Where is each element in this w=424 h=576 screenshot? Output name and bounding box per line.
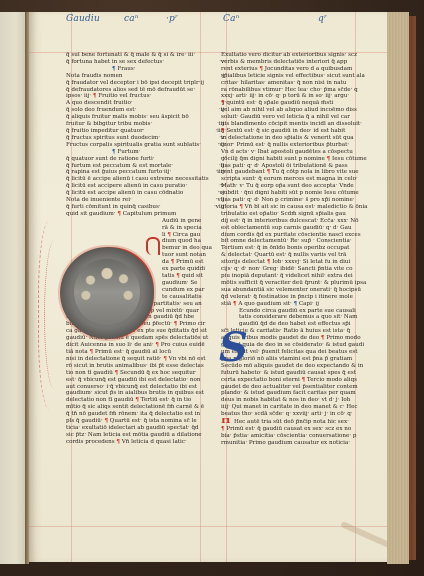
body-line: nisi in delectatione q̄ sequit̄ ratiō· …: [66, 356, 226, 363]
line-text: rent gaudebant ¶ Tu q̄ cōtp nola in lib…: [221, 169, 359, 176]
line-text: Ecundo circa gaudiū ex parte sue causal…: [239, 308, 356, 315]
body-line: sitorijs delectat̄ ¶ Iob· xxxvj· Si leta…: [221, 259, 381, 266]
index-line: q̄ suī bene fortunati & q̄ male & q̄ si…: [66, 52, 226, 59]
pilcrow-mark: ¶: [294, 301, 298, 307]
line-text: gloria ¶ Vn̄ bī ait sic in causa est· m…: [221, 204, 367, 211]
line-text: & delectat· Quartū est· q̄ nullis varii…: [221, 252, 346, 259]
pilcrow-mark: ¶: [221, 426, 225, 432]
line-text: est oblectamentū sup carnis gaudiū· q·…: [221, 225, 352, 232]
body-line: subdit · q̄ni digni habiti sūt p nomie …: [221, 190, 381, 197]
wrapped-line: tatis considerare debemus a quo sit· Nam: [221, 314, 381, 321]
line-text: ra rōnabilibus vtimur· Hec lea· cho· p̄…: [221, 87, 358, 94]
line-text: q̄ aliquis fruitur malis mobis· seu āsp…: [66, 114, 189, 121]
body-line: rent exterius ¶ Jocunditas vero d̄ a qui…: [221, 66, 381, 73]
body-line: Vn d̄ acts· v· Ibat apostoli gaudētes a…: [221, 149, 381, 156]
body-line: lias pati· q· d· Non p crimine· s̄ pro x…: [221, 197, 381, 204]
body-line: scripta sunt· q̄ eorum merces est magna …: [221, 176, 381, 183]
line-text: iiij· Qui manet in caritate in deo manet…: [221, 404, 358, 411]
line-text: delectatio non tī gaudiū ¶ Tertiū est…: [66, 397, 191, 404]
body-line: verbis & membris delectatiōs interiori …: [221, 59, 381, 66]
closing-paragraph: beatus tho· scdā sc̄de· q· xxviij· arti…: [221, 411, 381, 447]
body-line: ¶ Primū est· q̄ gaudiū causat̄ ex sex·…: [221, 426, 381, 433]
pilcrow-mark: ¶: [115, 370, 119, 376]
line-text: bit omne delectamentū· Re· sup̄ · Consc…: [221, 238, 352, 245]
line-text: xxxj· arti· iij· in cō· q· p torū & in…: [221, 93, 349, 100]
body-line: dicit Auicenna in suo li· de ani· ¶ Pro …: [66, 342, 226, 349]
pilcrow-mark: ¶: [163, 356, 167, 362]
line-text: Nota de inueniente rei·: [66, 197, 132, 204]
body-line: gaudet de deo actualiter vel p̄sentialit…: [221, 384, 381, 391]
pilcrow-mark: ¶: [171, 259, 175, 265]
body-line: q̄d velerat· q̄ festinatioe in p̄ncip i …: [221, 294, 381, 301]
line-text: rā & in specia: [162, 225, 202, 232]
line-text: est· q̄ vbicunq̄ est gaudiū ibi est del…: [66, 377, 200, 384]
wrapped-line: rā & in specia: [66, 225, 226, 232]
line-text: q̄ suī bene fortunati & q̄ male & q̄ si…: [66, 52, 195, 59]
body-line: nis blandimento cōcipit̄ mentis incidī…: [221, 121, 381, 128]
line-text: ticia· exultatiō idelectari ab gaudiū …: [66, 425, 199, 432]
line-text: dij est· q̄ in interioribus dulcescat· E…: [221, 218, 359, 225]
pilcrow-mark: ¶: [302, 377, 306, 383]
body-line: bia· p̄stia· amicitia· cōscientia· conu…: [221, 433, 381, 440]
line-text: tuor sunt notan: [162, 252, 206, 259]
line-text: Exultatio vero dicitur ab exterioribus s…: [221, 52, 357, 59]
line-text: ¶ Furtum·: [112, 149, 140, 156]
line-text: bia· p̄stia· amicitia· cōscientia· conu…: [221, 433, 356, 440]
line-text: fruitur & bibgitur tribu mobis·: [66, 121, 152, 128]
pilcrow-mark: ¶: [167, 232, 171, 238]
body-line: sua abundantiā sic velementer onerati· …: [221, 287, 381, 294]
line-text: q̄ fortuna habet in se sex defectus·: [66, 59, 164, 66]
body-line: tio non tī gaudiū ¶ Secundū q̄ ex hoc…: [66, 370, 226, 377]
body-line: Exultatio vero dicitur ab exterioribus s…: [221, 52, 381, 59]
ruling-bottom: [29, 526, 387, 527]
body-line: H Hec autē tria sūt deō p̄nc̄ip nota …: [221, 418, 381, 426]
line-text: q̄d velerat· q̄ festinatioe in p̄ncip i …: [221, 294, 353, 301]
historiated-initial: [60, 247, 154, 339]
line-text: gaudet de deo actualiter vel p̄sentialit…: [221, 384, 358, 391]
line-text: dicit Auicenna in suo li· de ani· ¶ Pro …: [66, 342, 205, 349]
line-text: ex parte quiddi: [162, 266, 205, 273]
body-line: cijs· q· d· non· Greg· ibidē· Sancti p̄…: [221, 266, 381, 273]
line-text: subdit · q̄ni digni habiti sūt p nomie …: [221, 190, 359, 197]
body-line: rmunitia· Primo gaudium causatur ex noti…: [221, 440, 381, 447]
line-text: cundum ex par: [162, 287, 204, 294]
line-text: Audiū in gene: [162, 218, 201, 225]
line-text: aut conuerso· i·q̄ vbicunq̄ est delectat…: [66, 384, 197, 391]
running-head-right-mid: Caⁿ: [223, 14, 240, 24]
line-text: q̄ defraudatores alios sed tē mō defra…: [66, 87, 195, 94]
line-text: cijs· q· d· non· Greg· ibidē· Sancti p̄…: [221, 266, 353, 273]
line-text: quid sit gaudium· ¶ Capitulum primum: [66, 211, 176, 218]
body-line: certa expectatio boni eterni ¶ Tercio mo…: [221, 377, 381, 384]
index-line: Fructus corpalis spiritualis gratia sunt…: [66, 142, 226, 149]
line-text: cōcilij q̄m digni habiti sunt p nomine …: [221, 156, 367, 163]
running-head-right: qʳ: [318, 14, 327, 24]
body-line: pl̄s q̄ gaudiū· ¶ Quartū est· q̄ ista …: [66, 418, 226, 425]
body-line: & delectat· Quartū est· q̄ nullis varii…: [221, 252, 381, 259]
pilcrow-mark: ¶: [327, 156, 331, 162]
line-text: ¶ quintū est· q̄ sp̄ale gaudiū nequā …: [221, 100, 333, 107]
line-text: q̄ licitū est accipe alienū in casu co…: [66, 190, 183, 197]
pilcrow-mark: ¶: [267, 259, 271, 265]
pilcrow-mark: ¶: [116, 439, 120, 445]
body-line: ¶ quintū est· q̄ sp̄ale gaudiū nequā …: [221, 100, 381, 107]
line-text: piu inopiā deputant· q̄ videlicet nihil…: [221, 273, 353, 280]
line-text: sua abundantiā sic velementer onerati· …: [221, 287, 361, 294]
blue-initial-s: S: [219, 328, 248, 368]
body-line: est oblectamentū sup carnis gaudiū· q·…: [221, 225, 381, 232]
line-text: ¶ Fraus·: [112, 66, 135, 73]
index-line: q̄ aliquis fruitur malis mobis· seu āsp…: [66, 114, 226, 121]
wrapped-line: Audiū in gene: [66, 218, 226, 225]
body-line: delectatio non tī gaudiū ¶ Tertiū est…: [66, 397, 226, 404]
pilcrow-mark: ¶: [176, 273, 180, 279]
line-text: nisi in delectatione q̄ sequit̄ ratiō· …: [66, 356, 206, 363]
line-text: tiā nota ¶ Primū est· q̄ gaudiū aī l…: [66, 349, 171, 356]
right-column: Exultatio vero dicitur ab exterioribus s…: [221, 52, 381, 447]
body-line: gloria ¶ Vn̄ bī ait sic in causa est· m…: [221, 204, 381, 211]
line-text: q̄ licitū est accipere alienū in casu …: [66, 183, 187, 190]
line-text: gaudium· sicut p̄s in aialibus brutis in…: [66, 390, 204, 397]
index-line: Nota de inueniente rei··vij·: [66, 197, 226, 204]
line-text: gaudium· Se: [162, 280, 198, 287]
body-line: tribulatio est op̄atio· Scdm̄ signū sp̄…: [221, 211, 381, 218]
index-line: Nota fraudis nomen·j·: [66, 73, 226, 80]
index-line: q̄ fruitio impeditur quatuor··iiij·: [66, 128, 226, 135]
line-text: critas· hilaritas· amenitas· q̄ non nisi…: [221, 80, 346, 87]
line-text: tio non tī gaudiū ¶ Secundū q̄ ex hoc…: [66, 370, 196, 377]
pilcrow-mark: ¶: [221, 128, 225, 134]
line-text: te causalitatis: [162, 294, 202, 301]
line-text: soluit· Gaudiū vero vel leticia q̄ a ni…: [221, 114, 350, 121]
line-text: Nota fraudis nomen: [66, 73, 123, 80]
line-text: sic p̄tz· Nam leticia est mōtia gaudiū…: [66, 432, 202, 439]
pilcrow-mark: ¶: [93, 93, 97, 99]
line-text: ipsos· iij· ¶ Fruitio vel fructus·: [66, 93, 151, 100]
body-line: critas· hilaritas· amenitas· q̄ non nisi…: [221, 80, 381, 87]
pilcrow-mark: ¶: [267, 169, 271, 175]
pilcrow-mark: ¶: [221, 100, 225, 106]
pilcrow-mark: ¶: [321, 335, 325, 341]
index-line: q̄ licitū est accipe alienū in casu co…: [66, 190, 226, 197]
body-line: lias pati· q· d· Apostoli ōi tribulatio…: [221, 163, 381, 170]
illumination-scene: [74, 259, 140, 325]
line-text: in delectatione in deo sp̄ialis & veneri…: [221, 135, 354, 142]
line-text: certa expectatio boni eterni ¶ Tercio mo…: [221, 377, 357, 384]
index-line: q̄ furtum est peccatum & est mortale··ij…: [66, 163, 226, 170]
line-text: q̄ fructus spiritus sunt duodecim·: [66, 135, 160, 142]
index-line: q̄ licitū est accipere alienū in casu …: [66, 183, 226, 190]
line-text: lias pati· q· d· Apostoli ōi tribulatio…: [221, 163, 348, 170]
initial-red-flourish: [146, 237, 160, 255]
body-line: tuor· Primū est· q̄ nullis exterioribus…: [221, 142, 381, 149]
line-text: deus in nobis habitat & nos in deo· vt d…: [221, 397, 350, 404]
body-line: soluit· Gaudiū vero vel leticia q̄ a ni…: [221, 114, 381, 121]
line-text: pl̄s q̄ gaudiū· ¶ Quartū est· q̄ ista …: [66, 418, 197, 425]
index-line: fruitur & bibgitur tribu mobis··iij·: [66, 121, 226, 128]
index-line: q̄ fructus spiritus sunt duodecim··v·: [66, 135, 226, 142]
line-text: ¶ Primū est· q̄ gaudiū causat̄ ex sex·…: [221, 426, 351, 433]
line-text: stiā ¶ A quo gaudium sit· ¶ Capi· ij: [221, 301, 319, 308]
line-text: nis blandimento cōcipit̄ mentis incidī…: [221, 121, 362, 128]
body-line: Math· v· Tu q̄ eorp op̄a sunt deo accept…: [221, 183, 381, 190]
pilcrow-mark: ¶: [259, 66, 263, 72]
line-text: q̄ furti cōmitunt in quinq̄ casibus·: [66, 204, 161, 211]
body-line: Tertium est· q̄ in ōnīdo bonis operibz…: [221, 245, 381, 252]
line-text: plando· & istud gaudium facit caritas pe…: [221, 390, 356, 397]
body-line: gaudium· sicut p̄s in aialibus brutis in…: [66, 390, 226, 397]
body-line: rent gaudebant ¶ Tu q̄ cōtp nola in lib…: [221, 169, 381, 176]
body-line: beatus tho· scdā sc̄de· q· xxviij· arti…: [221, 411, 381, 418]
line-text: tatis ¶ quid sit: [162, 273, 203, 280]
line-text: tuor· Primū est· q̄ nullis exterioribus…: [221, 142, 349, 149]
body-line: sp̄ialibus leticie signis vel effectibus…: [221, 73, 381, 80]
wrapped-line: li ¶ Circa gau: [66, 232, 226, 239]
line-text: rent exterius ¶ Jocunditas vero d̄ a qui…: [221, 66, 352, 73]
running-head-center: ·pʳ: [166, 14, 178, 24]
line-text: A quo descendit fruitio·: [66, 100, 133, 107]
pilcrow-mark: ¶: [104, 418, 108, 424]
body-line: q̄ tn̄ nō gaudet fm̄ rōnem· ita q̄ del…: [66, 411, 226, 418]
line-text: ¶ Sextū est· q̄ sic gaudiū in deo· id …: [221, 128, 345, 135]
line-text: rō sicut in brutis animalibus· ibi p̄t …: [66, 363, 204, 370]
line-text: rmunitia· Primo gaudium causatur ex noti…: [221, 440, 350, 447]
line-text: verbis & membris delectatiōs interiori …: [221, 59, 347, 66]
running-head-left: Gaudiu: [66, 14, 100, 24]
body-line: mītio q̄ sic aliqs sentit delectationē…: [66, 404, 226, 411]
pilcrow-mark: ¶: [233, 301, 237, 307]
index-line: q̄ solo deo fruendum est··ij·: [66, 107, 226, 114]
body-line: rō sicut in brutis animalibus· ibi p̄t …: [66, 363, 226, 370]
pilcrow-mark: ¶: [239, 204, 243, 210]
index-line: ¶ Fraus·: [66, 66, 226, 73]
index-line: q̄ fraudator vel deceptor i bō ipsi dec…: [66, 80, 226, 87]
index-line: q̄ furti cōmitunt in quinq̄ casibus··vi…: [66, 204, 226, 211]
line-text: Tertium est· q̄ in ōnīdo bonis operibz…: [221, 245, 349, 252]
subject-index: q̄ suī bene fortunati & q̄ male & q̄ si…: [66, 52, 226, 218]
line-text: sitorijs delectat̄ ¶ Iob· xxxvj· Si leta…: [221, 259, 350, 266]
index-line: q̄ fortuna habet in se sex defectus··v·: [66, 59, 226, 66]
line-text: gaudiū q̄d de deo habet̄ est effectus s…: [239, 321, 350, 328]
line-text: q̄ fruitio impeditur quatuor·: [66, 128, 145, 135]
line-text: q̄ tn̄ nō gaudet fm̄ rōnem· ita q̄ del…: [66, 411, 200, 418]
pilcrow-mark: ¶: [174, 321, 178, 327]
line-text: Math· v· Tu q̄ eorp op̄a sunt deo accept…: [221, 183, 354, 190]
index-line: q̄ quatuor sunt de ratione furti··j·: [66, 156, 226, 163]
line-text: q̄ quatuor sunt de ratione furti·: [66, 156, 155, 163]
body-line: dij est· q̄ in interioribus dulcescat· E…: [221, 218, 381, 225]
line-text: mōtis sufficit q̄ veraciter deū q̄runt…: [221, 280, 366, 287]
body-line: cordis procedens ¶ Vn̄ leticia d̄ quasi …: [66, 439, 226, 446]
pilcrow-mark: ¶: [155, 342, 159, 348]
body-line: xxxj· arti· iij· in cō· q· p torū & in…: [221, 93, 381, 100]
body-line: plando· & istud gaudium facit caritas pe…: [221, 390, 381, 397]
line-text: mītio q̄ sic aliqs sentit delectationē…: [66, 404, 204, 411]
pilcrow-mark: ¶: [112, 66, 116, 72]
binding-cover-edge: [409, 16, 416, 560]
body-line: vel aim ab nihil vel ab aliquo aliud inc…: [221, 107, 381, 114]
body-line: mōtis sufficit q̄ veraciter deū q̄runt…: [221, 280, 381, 287]
red-initial-h: H: [221, 418, 234, 426]
body-line: est· q̄ vbicunq̄ est gaudiū ibi est del…: [66, 377, 226, 384]
body-line: in delectatione in deo sp̄ialis & veneri…: [221, 135, 381, 142]
body-line: dium cordis q̄d ex puritate cōscientie …: [221, 232, 381, 239]
line-text: beatus tho· scdā sc̄de· q· xxviij· arti…: [221, 411, 353, 418]
pilcrow-mark: ¶: [89, 349, 93, 355]
line-text: scripta sunt· q̄ eorum merces est magna …: [221, 176, 358, 183]
pilcrow-mark: ¶: [135, 397, 139, 403]
line-text: dium quod ha: [162, 238, 201, 245]
wrapped-line: Ecundo circa gaudiū ex parte sue causal…: [221, 308, 381, 315]
facing-page-left: [0, 12, 27, 564]
line-text: Fructus corpalis spiritualis gratia sunt…: [66, 142, 201, 149]
line-text: H Hec autē tria sūt deō p̄nc̄ip nota …: [221, 418, 349, 426]
page-edges: [387, 12, 409, 564]
body-line: deus in nobis habitat & nos in deo· vt d…: [221, 397, 381, 404]
running-head-left-mid: caⁿ: [124, 14, 139, 24]
line-text: q̄ solo deo fruendum est·: [66, 107, 136, 114]
index-line: q̄ licitū ē accipe alienū i casu extr…: [66, 176, 226, 183]
body-line: ¶ Sextū est· q̄ sic gaudiū in deo· id …: [221, 128, 381, 135]
body-line: ra rōnabilibus vtimur· Hec lea· cho· p̄…: [221, 87, 381, 94]
line-text: q̄ furtum est peccatum & est mortale·: [66, 163, 173, 170]
body-line: aut conuerso· i·q̄ vbicunq̄ est delectat…: [66, 384, 226, 391]
pilcrow-mark: ¶: [112, 149, 116, 155]
line-text: li ¶ Circa gau: [162, 232, 200, 239]
body-line: sic p̄tz· Nam leticia est mōtia gaudiū…: [66, 432, 226, 439]
line-text: q̄ licitū ē accipe alienū i casu extr…: [66, 176, 209, 183]
pilcrow-mark: ¶: [117, 211, 121, 217]
index-line: quid sit gaudium· ¶ Capitulum primum: [66, 211, 226, 218]
line-text: Vn d̄ acts· v· Ibat apostoli gaudētes a…: [221, 149, 353, 156]
line-text: gaudiū· Nam gaudiū ē quedam spēs del…: [66, 335, 208, 342]
marginal-flourish-inner: [44, 240, 65, 390]
index-line: ipsos· iij· ¶ Fruitio vel fructus·: [66, 93, 226, 100]
right-column-text: Exultatio vero dicitur ab exterioribus s…: [221, 52, 381, 308]
line-text: q̄ fraudator vel deceptor i bō ipsi dec…: [66, 80, 204, 87]
body-line: tiā nota ¶ Primū est· q̄ gaudiū aī l…: [66, 349, 226, 356]
line-text: cordis procedens ¶ Vn̄ leticia d̄ quasi …: [66, 439, 187, 446]
line-text: dium cordis q̄d ex puritate cōscientie …: [221, 232, 361, 239]
body-line: piu inopiā deputant· q̄ videlicet nihil…: [221, 273, 381, 280]
line-text: sp̄ialibus leticie signis vel effectibus…: [221, 73, 365, 80]
index-line: q̄ defraudatores alios sed tē mō defra…: [66, 87, 226, 94]
line-text: tribulatio est op̄atio· Scdm̄ signū sp̄…: [221, 211, 346, 218]
body-line: ticia· exultatiō idelectari ab gaudiū …: [66, 425, 226, 432]
index-line: A quo descendit fruitio··j·: [66, 100, 226, 107]
body-line: cōcilij q̄m digni habiti sunt p nomine …: [221, 156, 381, 163]
line-text: q̄ rapina est ḡuius peccatum furto·iij·: [66, 169, 171, 176]
line-text: da ¶ Primū est: [162, 259, 203, 266]
body-line: iiij· Qui manet in caritate in deo manet…: [221, 404, 381, 411]
line-text: vel aim ab nihil vel ab aliquo aliud inc…: [221, 107, 357, 114]
index-line: q̄ rapina est ḡuius peccatum furto·iij·…: [66, 169, 226, 176]
index-line: ¶ Furtum·: [66, 149, 226, 156]
line-text: bemur in deo qua: [162, 245, 212, 252]
body-line: bit omne delectamentū· Re· sup̄ · Consc…: [221, 238, 381, 245]
body-line: stiā ¶ A quo gaudium sit· ¶ Capi· ij: [221, 301, 381, 308]
line-text: tatis considerare debemus a quo sit· Nam: [239, 314, 357, 321]
line-text: lias pati· q· d· Non p crimine· s̄ pro x…: [221, 197, 355, 204]
